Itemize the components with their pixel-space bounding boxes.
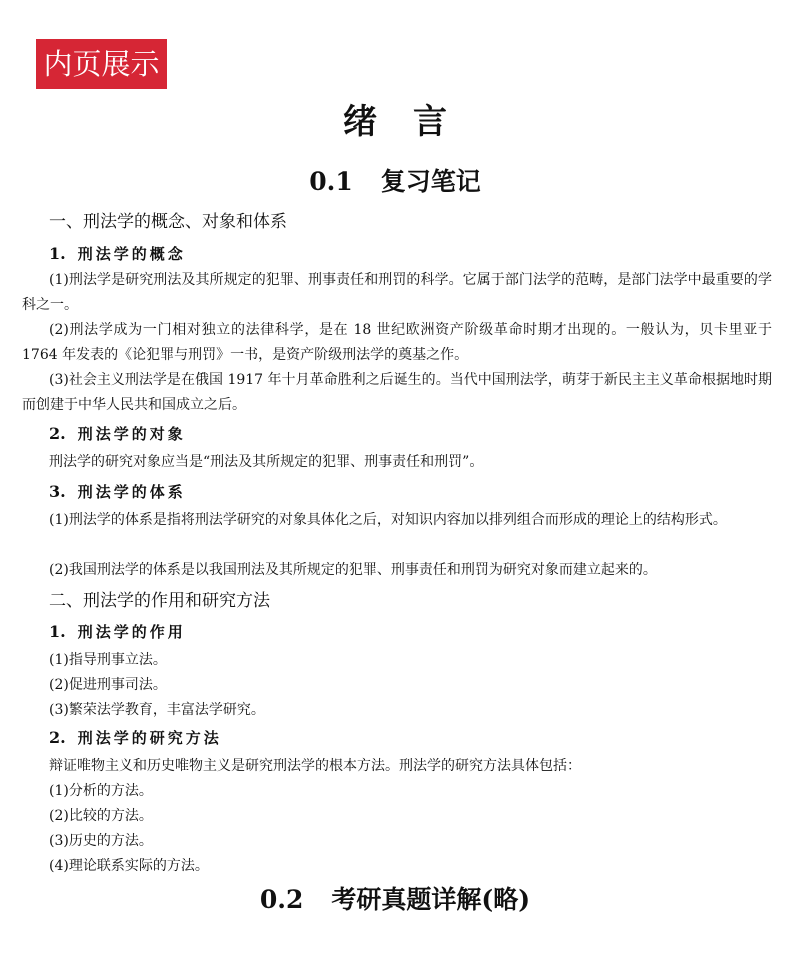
- list-item: (1)分析的方法。: [49, 780, 153, 802]
- part1-sub1-heading: 1.刑法学的概念: [49, 243, 186, 265]
- paragraph: (2)我国刑法学的体系是以我国刑法及其所规定的犯罪、刑事责任和刑罚为研究对象而建…: [22, 558, 772, 583]
- heading-number: 1.: [49, 244, 66, 263]
- section-title-text: 复习笔记: [381, 167, 481, 196]
- heading-text: 刑法学的研究方法: [78, 729, 222, 747]
- list-item: (1)指导刑事立法。: [49, 649, 167, 671]
- section-title-text: 考研真题详解(略): [331, 885, 530, 914]
- list-item: (3)历史的方法。: [49, 830, 153, 852]
- heading-text: 刑法学的对象: [78, 425, 186, 443]
- section-heading-0-1: 0.1复习笔记: [0, 165, 790, 199]
- paragraph: (1)刑法学的体系是指将刑法学研究的对象具体化之后，对知识内容加以排列组合而形成…: [22, 508, 772, 533]
- list-item: (2)比较的方法。: [49, 805, 153, 827]
- paragraph: (1)刑法学是研究刑法及其所规定的犯罪、刑事责任和刑罚的科学。它属于部门法学的范…: [22, 268, 772, 318]
- heading-text: 刑法学的体系: [78, 483, 186, 501]
- part2-sub2-heading: 2.刑法学的研究方法: [49, 727, 222, 749]
- part1-sub3-heading: 3.刑法学的体系: [49, 481, 186, 503]
- heading-number: 1.: [49, 622, 66, 641]
- paragraph: 刑法学的研究对象应当是“刑法及其所规定的犯罪、刑事责任和刑罚”。: [22, 450, 772, 475]
- heading-text: 刑法学的作用: [78, 623, 186, 641]
- intro-text: 辩证唯物主义和历史唯物主义是研究刑法学的根本方法。刑法学的研究方法具体包括：: [49, 755, 581, 777]
- part1-heading: 一、刑法学的概念、对象和体系: [49, 210, 287, 234]
- paragraph: (3)社会主义刑法学是在俄国 1917 年十月革命胜利之后诞生的。当代中国刑法学…: [22, 368, 772, 418]
- chapter-title: 绪言: [0, 100, 790, 144]
- heading-text: 刑法学的概念: [78, 245, 186, 263]
- heading-number: 2.: [49, 728, 66, 747]
- section-heading-0-2: 0.2考研真题详解(略): [0, 883, 790, 917]
- part2-heading: 二、刑法学的作用和研究方法: [49, 589, 270, 613]
- list-item: (4)理论联系实际的方法。: [49, 855, 209, 877]
- heading-number: 3.: [49, 482, 66, 501]
- heading-number: 2.: [49, 424, 66, 443]
- list-item: (3)繁荣法学教育，丰富法学研究。: [49, 699, 265, 721]
- section-number: 0.2: [260, 885, 304, 914]
- part2-sub1-heading: 1.刑法学的作用: [49, 621, 186, 643]
- list-item: (2)促进刑事司法。: [49, 674, 167, 696]
- part1-sub2-heading: 2.刑法学的对象: [49, 423, 186, 445]
- section-number: 0.1: [309, 167, 353, 196]
- page-preview-badge: 内页展示: [36, 39, 167, 89]
- paragraph: (2)刑法学成为一门相对独立的法律科学，是在 18 世纪欧洲资产阶级革命时期才出…: [22, 318, 772, 368]
